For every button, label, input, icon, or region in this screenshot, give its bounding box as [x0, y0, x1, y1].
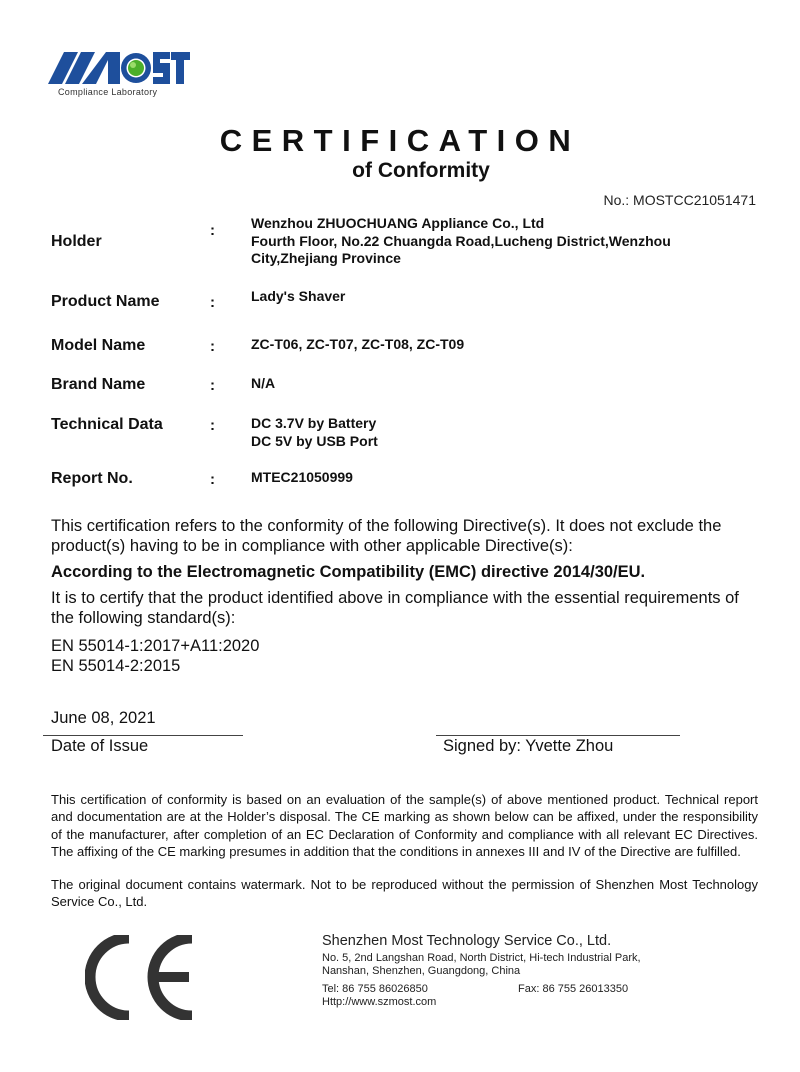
standard-item: EN 55014-1:2017+A11:2020	[51, 636, 761, 656]
field-value-technical-data: DC 3.7V by Battery DC 5V by USB Port	[251, 415, 378, 450]
footer-tel: Tel: 86 755 86026850	[322, 983, 428, 995]
most-logo-icon	[48, 50, 190, 86]
issue-date: June 08, 2021	[51, 709, 156, 728]
field-colon: :	[210, 417, 215, 434]
field-value-model-name: ZC-T06, ZC-T07, ZC-T08, ZC-T09	[251, 336, 464, 354]
field-value-report-no: MTEC21050999	[251, 469, 353, 487]
date-of-issue-label: Date of Issue	[51, 737, 148, 756]
field-colon: :	[210, 338, 215, 355]
certify-paragraph: It is to certify that the product identi…	[51, 588, 761, 628]
field-colon: :	[210, 222, 215, 239]
document-subtitle: of Conformity	[0, 159, 800, 183]
disclaimer-paragraph: This certification of conformity is base…	[51, 791, 758, 860]
field-label-product-name: Product Name	[51, 293, 159, 311]
holder-address-line2: City,Zhejiang Province	[251, 250, 671, 268]
holder-name: Wenzhou ZHUOCHUANG Appliance Co., Ltd	[251, 215, 671, 233]
field-colon: :	[210, 471, 215, 488]
footer-website-link[interactable]: Http://www.szmost.com	[322, 996, 436, 1008]
field-colon: :	[210, 377, 215, 394]
date-signature-line	[43, 735, 243, 736]
intro-paragraph: This certification refers to the conform…	[51, 516, 761, 556]
field-value-product-name: Lady's Shaver	[251, 288, 345, 306]
field-label-model-name: Model Name	[51, 337, 145, 355]
signed-by-label: Signed by: Yvette Zhou	[443, 737, 613, 756]
directive-statement: According to the Electromagnetic Compati…	[51, 563, 645, 582]
logo-subtitle: Compliance Laboratory	[58, 87, 157, 97]
signer-signature-line	[436, 735, 680, 736]
watermark-notice: The original document contains watermark…	[51, 876, 758, 911]
certificate-number: No.: MOSTCC21051471	[603, 192, 756, 208]
footer-address-line1: No. 5, 2nd Langshan Road, North District…	[322, 952, 641, 964]
footer-address-line2: Nanshan, Shenzhen, Guangdong, China	[322, 965, 520, 977]
holder-address-line1: Fourth Floor, No.22 Chuangda Road,Luchen…	[251, 233, 671, 251]
field-label-brand-name: Brand Name	[51, 376, 145, 394]
field-value-brand-name: N/A	[251, 375, 275, 393]
footer-company-name: Shenzhen Most Technology Service Co., Lt…	[322, 933, 611, 949]
standard-item: EN 55014-2:2015	[51, 656, 761, 676]
standards-list: EN 55014-1:2017+A11:2020 EN 55014-2:2015	[51, 636, 761, 676]
ce-mark-icon	[85, 935, 200, 1020]
footer-fax: Fax: 86 755 26013350	[518, 983, 628, 995]
field-value-holder: Wenzhou ZHUOCHUANG Appliance Co., Ltd Fo…	[251, 215, 671, 268]
technical-data-line1: DC 3.7V by Battery	[251, 415, 378, 433]
field-label-report-no: Report No.	[51, 470, 133, 488]
field-label-technical-data: Technical Data	[51, 416, 163, 434]
document-title: CERTIFICATION	[0, 123, 800, 159]
field-colon: :	[210, 294, 215, 311]
technical-data-line2: DC 5V by USB Port	[251, 433, 378, 451]
field-label-holder: Holder	[51, 233, 102, 251]
